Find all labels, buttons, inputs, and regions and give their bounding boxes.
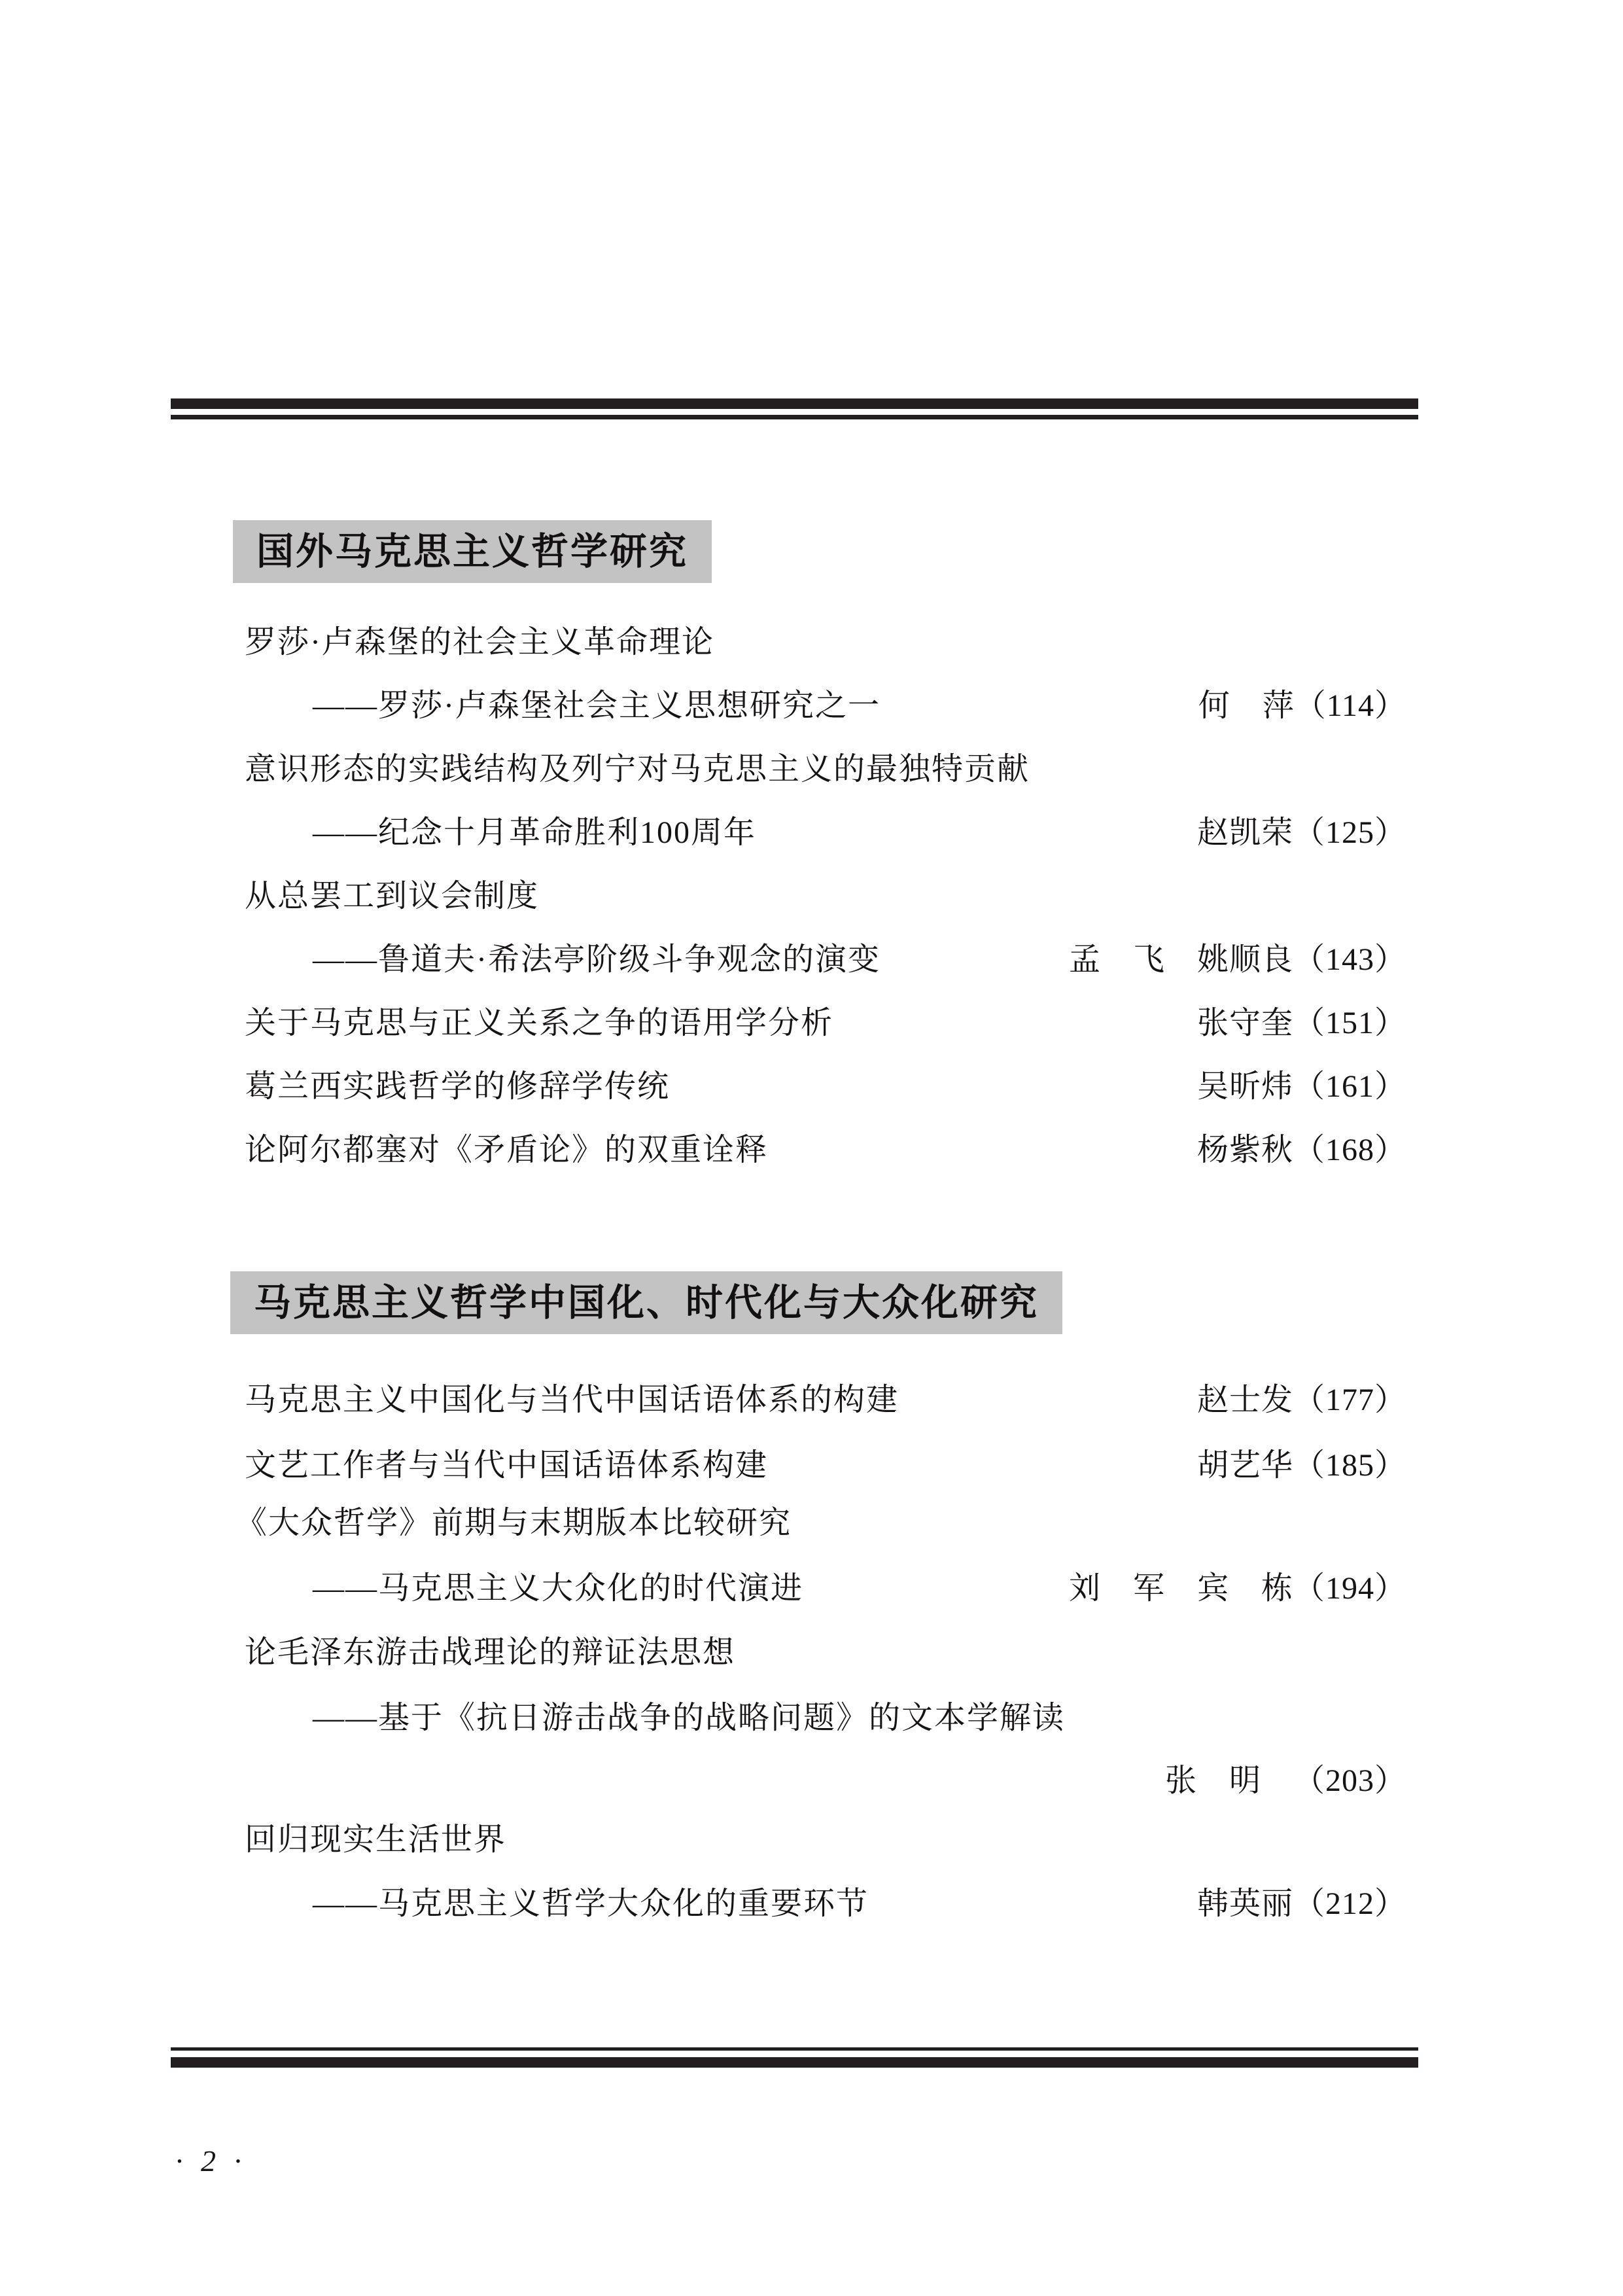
entry-authors: 杨紫秋 <box>1197 1127 1293 1173</box>
entry-subtitle: ——基于《抗日游击战争的战略问题》的文本学解读 <box>313 1695 1065 1741</box>
entry-subtitle: ——马克思主义大众化的时代演进 <box>313 1566 803 1612</box>
entry-page-ref: （125） <box>1293 810 1406 856</box>
entry-authors: 张守奎 <box>1197 1000 1293 1046</box>
entry-page-ref: （177） <box>1293 1377 1406 1423</box>
entry-title: 关于马克思与正义关系之争的语用学分析 <box>245 1000 833 1046</box>
entry-byline: 张 明 （203） <box>1165 1758 1406 1804</box>
entry-page-ref: （168） <box>1293 1127 1406 1173</box>
entry-title: 罗莎·卢森堡的社会主义革命理论 <box>245 620 714 665</box>
toc-row: ——基于《抗日游击战争的战略问题》的文本学解读 <box>171 1695 1418 1741</box>
entry-subtitle: ——马克思主义哲学大众化的重要环节 <box>313 1881 869 1927</box>
bottom-rule-thin <box>171 2047 1418 2051</box>
toc-row: 马克思主义中国化与当代中国话语体系的构建 赵士发（177） <box>171 1377 1418 1423</box>
entry-byline: 刘 军 宾 栋（194） <box>1069 1566 1406 1612</box>
bottom-rule-thick <box>171 2057 1418 2068</box>
entry-byline: 赵凯荣（125） <box>1197 810 1406 856</box>
toc-row: 文艺工作者与当代中国话语体系构建 胡艺华（185） <box>171 1443 1418 1489</box>
toc-row: 关于马克思与正义关系之争的语用学分析 张守奎（151） <box>171 1000 1418 1046</box>
toc-row: ——纪念十月革命胜利100周年 赵凯荣（125） <box>171 810 1418 856</box>
entry-byline: 张守奎（151） <box>1197 1000 1406 1046</box>
entry-title: 从总罢工到议会制度 <box>245 874 539 919</box>
entry-byline: 吴昕炜（161） <box>1197 1064 1406 1110</box>
toc-row: 从总罢工到议会制度 <box>171 874 1418 919</box>
toc-row: 意识形态的实践结构及列宁对马克思主义的最独特贡献 <box>171 747 1418 792</box>
top-rule-thick <box>171 398 1418 409</box>
entry-page-ref: （203） <box>1293 1758 1406 1804</box>
entry-title: 意识形态的实践结构及列宁对马克思主义的最独特贡献 <box>245 747 1030 792</box>
entry-page-ref: （185） <box>1293 1443 1406 1489</box>
entry-title: 《大众哲学》前期与末期版本比较研究 <box>236 1500 792 1546</box>
toc-row: 葛兰西实践哲学的修辞学传统 吴昕炜（161） <box>171 1064 1418 1110</box>
entry-title: 论毛泽东游击战理论的辩证法思想 <box>245 1630 735 1676</box>
entry-title: 马克思主义中国化与当代中国话语体系的构建 <box>245 1377 899 1423</box>
entry-page-ref: （161） <box>1293 1064 1406 1110</box>
entry-page-ref: （143） <box>1293 937 1406 983</box>
entry-authors: 张 明 <box>1165 1758 1293 1804</box>
toc-page: 国外马克思主义哲学研究 罗莎·卢森堡的社会主义革命理论 ——罗莎·卢森堡社会主义… <box>0 0 1623 2296</box>
entry-authors: 赵士发 <box>1197 1377 1293 1423</box>
entry-title: 回归现实生活世界 <box>245 1817 506 1863</box>
toc-row: 张 明 （203） <box>171 1758 1418 1804</box>
entry-byline: 杨紫秋（168） <box>1197 1127 1406 1173</box>
entry-subtitle: ——罗莎·卢森堡社会主义思想研究之一 <box>313 683 881 729</box>
entry-page-ref: （114） <box>1295 683 1406 729</box>
entry-authors: 赵凯荣 <box>1197 810 1293 856</box>
entry-subtitle: ——鲁道夫·希法亭阶级斗争观念的演变 <box>313 937 881 983</box>
section-header-foreign-marxism: 国外马克思主义哲学研究 <box>233 520 712 583</box>
entry-title: 论阿尔都塞对《矛盾论》的双重诠释 <box>245 1127 768 1173</box>
top-rule-thin <box>171 415 1418 419</box>
entry-page-ref: （212） <box>1293 1881 1406 1927</box>
entry-byline: 孟 飞 姚顺良（143） <box>1069 937 1406 983</box>
entry-page-ref: （151） <box>1293 1000 1406 1046</box>
entry-authors: 孟 飞 姚顺良 <box>1069 937 1293 983</box>
entry-authors: 何 萍 <box>1198 683 1295 729</box>
toc-row: ——马克思主义大众化的时代演进 刘 军 宾 栋（194） <box>171 1566 1418 1612</box>
entry-authors: 胡艺华 <box>1197 1443 1293 1489</box>
section-header-sinicization: 马克思主义哲学中国化、时代化与大众化研究 <box>230 1271 1062 1334</box>
entry-authors: 吴昕炜 <box>1197 1064 1293 1110</box>
entry-byline: 韩英丽（212） <box>1197 1881 1406 1927</box>
entry-byline: 胡艺华（185） <box>1197 1443 1406 1489</box>
toc-row: 论阿尔都塞对《矛盾论》的双重诠释 杨紫秋（168） <box>171 1127 1418 1173</box>
page-number: · 2 · <box>175 2144 247 2178</box>
toc-row: 罗莎·卢森堡的社会主义革命理论 <box>171 620 1418 665</box>
toc-row: ——罗莎·卢森堡社会主义思想研究之一 何 萍（114） <box>171 683 1418 729</box>
entry-title: 文艺工作者与当代中国话语体系构建 <box>245 1443 768 1489</box>
entry-byline: 赵士发（177） <box>1197 1377 1406 1423</box>
toc-row: ——鲁道夫·希法亭阶级斗争观念的演变 孟 飞 姚顺良（143） <box>171 937 1418 983</box>
entry-page-ref: （194） <box>1293 1566 1406 1612</box>
entry-byline: 何 萍（114） <box>1198 683 1406 729</box>
entry-subtitle: ——纪念十月革命胜利100周年 <box>313 810 756 856</box>
toc-row: ——马克思主义哲学大众化的重要环节 韩英丽（212） <box>171 1881 1418 1927</box>
toc-row: 论毛泽东游击战理论的辩证法思想 <box>171 1630 1418 1676</box>
toc-row: 回归现实生活世界 <box>171 1817 1418 1863</box>
entry-authors: 韩英丽 <box>1197 1881 1293 1927</box>
entry-title: 葛兰西实践哲学的修辞学传统 <box>245 1064 670 1110</box>
toc-row: 《大众哲学》前期与末期版本比较研究 <box>171 1500 1418 1546</box>
entry-authors: 刘 军 宾 栋 <box>1069 1566 1293 1612</box>
